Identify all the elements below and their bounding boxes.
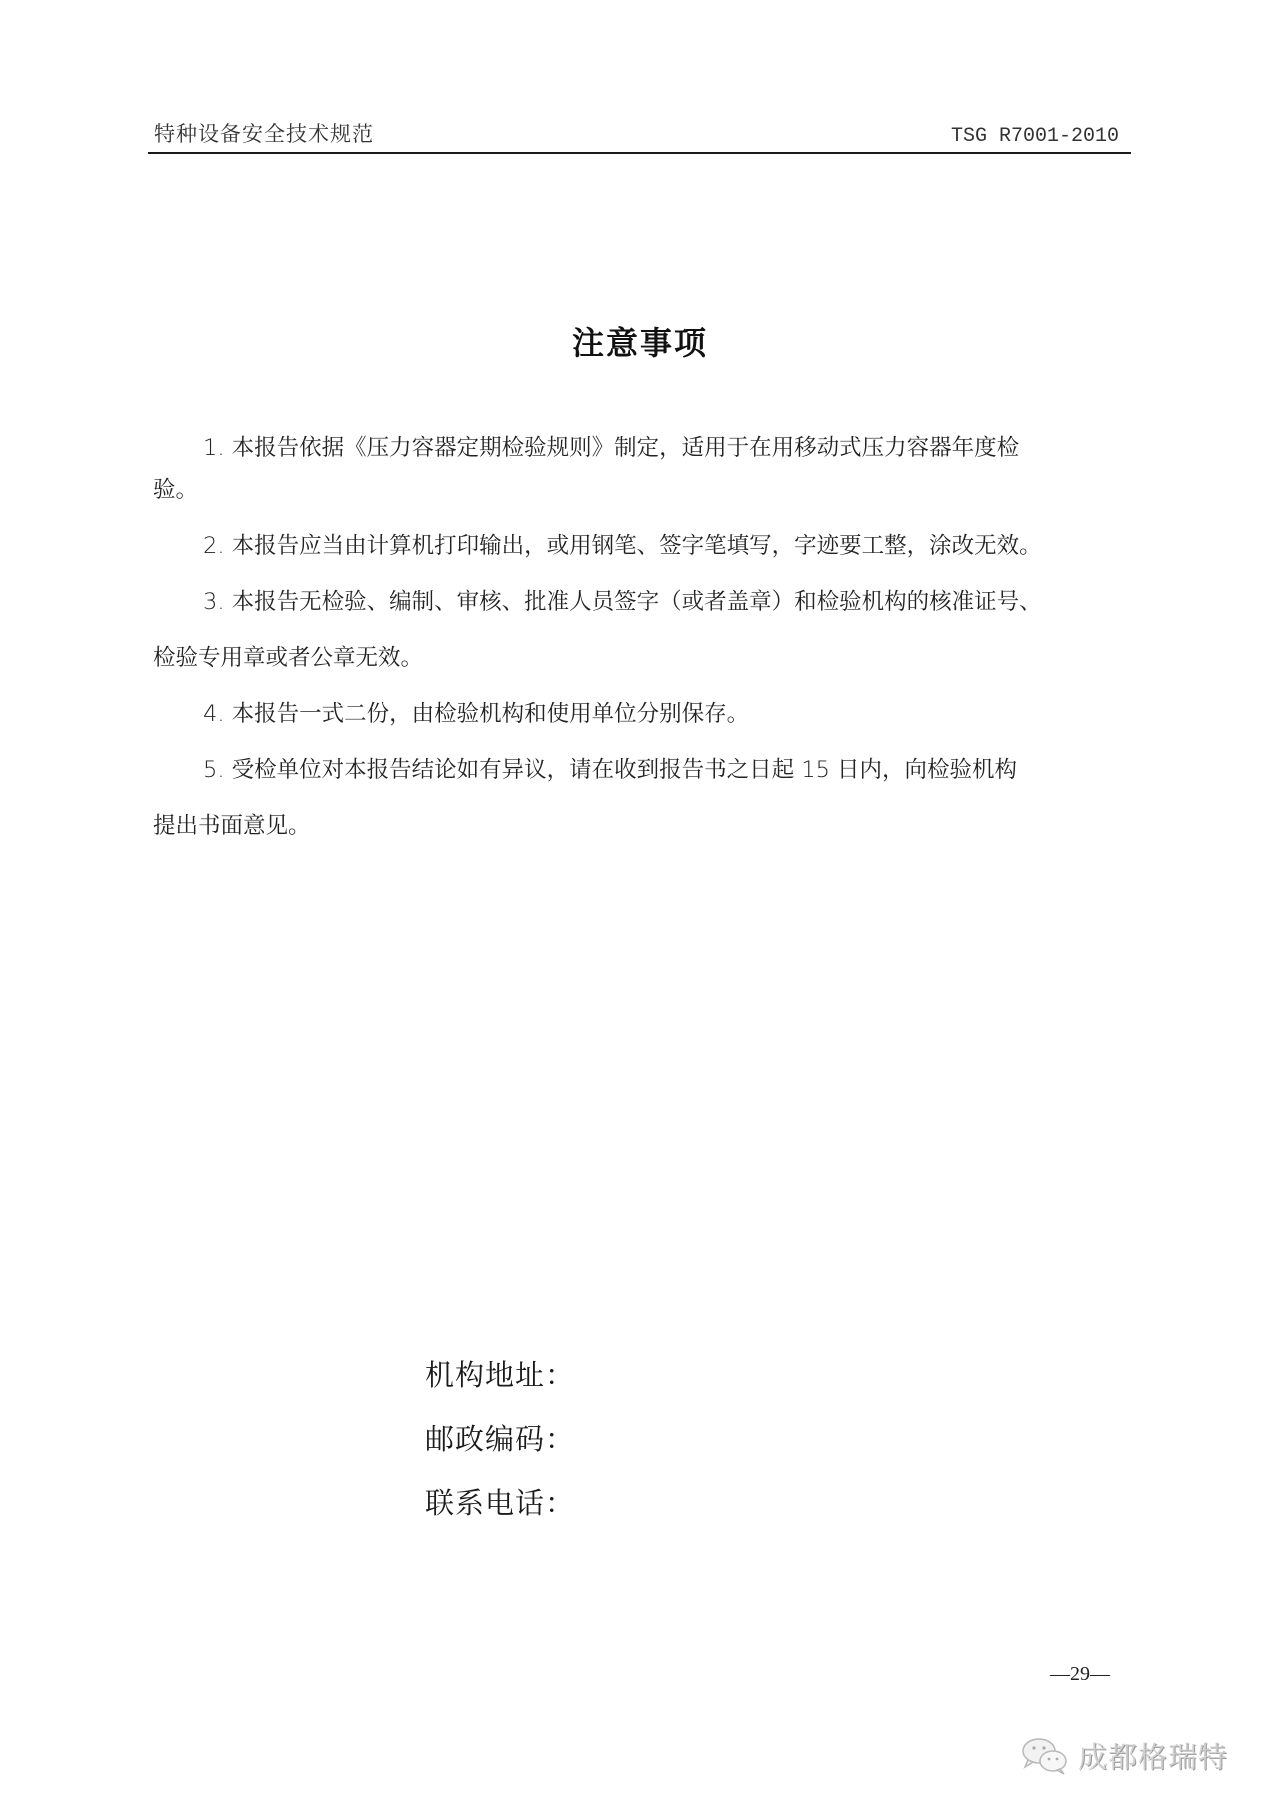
- header-spec-title: 特种设备安全技术规范: [154, 118, 374, 148]
- note-3-line-2: 检验专用章或者公章无效。: [153, 638, 1143, 694]
- address-label: 机构地址：: [425, 1352, 575, 1416]
- note-5-line-1: 5. 受检单位对本报告结论如有异议，请在收到报告书之日起 15 日内，向检验机构: [153, 750, 1143, 806]
- note-4: 4. 本报告一式二份，由检验机构和使用单位分别保存。: [153, 694, 1143, 750]
- note-1-line-1: 1. 本报告依据《压力容器定期检验规则》制定，适用于在用移动式压力容器年度检: [153, 428, 1143, 470]
- notes-list: 1. 本报告依据《压力容器定期检验规则》制定，适用于在用移动式压力容器年度检 验…: [153, 428, 1143, 862]
- contact-block: 机构地址： 邮政编码： 联系电话：: [425, 1352, 575, 1544]
- note-1-line-2: 验。: [153, 470, 1143, 526]
- note-3-line-1: 3. 本报告无检验、编制、审核、批准人员签字（或者盖章）和检验机构的核准证号、: [153, 582, 1143, 638]
- page-number: —29—: [1050, 1663, 1110, 1686]
- watermark: 成都格瑞特: [1020, 1735, 1228, 1776]
- postcode-label: 邮政编码：: [425, 1416, 575, 1480]
- wechat-icon: [1020, 1736, 1070, 1776]
- document-title: 注意事项: [0, 318, 1280, 364]
- page-header: 特种设备安全技术规范 TSG R7001-2010: [148, 122, 1131, 154]
- watermark-text: 成都格瑞特: [1078, 1735, 1228, 1776]
- header-spec-code: TSG R7001-2010: [951, 125, 1119, 148]
- phone-label: 联系电话：: [425, 1480, 575, 1544]
- note-5-line-2: 提出书面意见。: [153, 806, 1143, 862]
- note-2: 2. 本报告应当由计算机打印输出，或用钢笔、签字笔填写，字迹要工整，涂改无效。: [153, 526, 1143, 582]
